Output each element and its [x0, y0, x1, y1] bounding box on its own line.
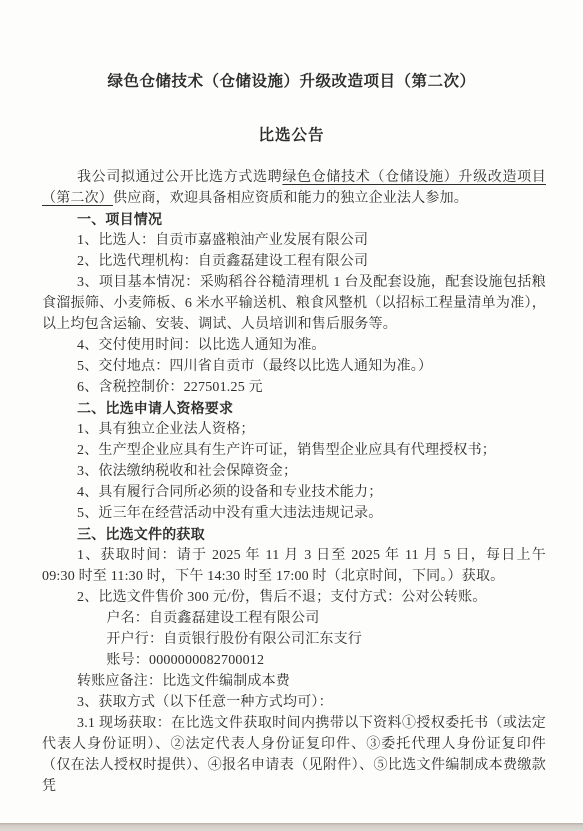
section-3-item-1: 1、获取时间：请于 2025 年 11 月 3 日至 2025 年 11 月 5… [42, 545, 546, 587]
bank-branch-line: 开户行：自贡银行股份有限公司汇东支行 [42, 629, 546, 650]
section-2-item-2: 2、生产型企业应具有生产许可证，销售型企业应具有代理授权书； [42, 440, 546, 461]
section-2-item-1: 1、具有独立企业法人资格； [42, 419, 546, 440]
document-subtitle: 比选公告 [0, 125, 583, 146]
section-1-item-1: 1、比选人：自贡市嘉盛粮油产业发展有限公司 [42, 230, 546, 251]
transfer-note-line: 转账应备注：比选文件编制成本费 [42, 671, 546, 692]
section-1-item-6: 6、含税控制价：227501.25 元 [42, 377, 546, 398]
section-3-item-3-1: 3.1 现场获取：在比选文件获取时间内携带以下资料①授权委托书（或法定代表人身份… [42, 713, 546, 797]
document-page: 绿色仓储技术（仓储设施）升级改造项目（第二次） 比选公告 我公司拟通过公开比选方… [0, 0, 583, 831]
bank-account-name-line: 户名：自贡鑫磊建设工程有限公司 [42, 608, 546, 629]
section-3-item-2: 2、比选文件售价 300 元/份，售后不退；支付方式：公对公转账。 [42, 587, 546, 608]
section-1-item-5: 5、交付地点：四川省自贡市（最终以比选人通知为准。） [42, 356, 546, 377]
section-1-item-3: 3、项目基本情况：采购稻谷谷糙清理机 1 台及配套设施，配套设施包括粮食溜振筛、… [42, 272, 546, 335]
section-3-item-3: 3、获取方式（以下任意一种方式均可）： [42, 692, 546, 713]
section-1-item-4: 4、交付使用时间：以比选人通知为准。 [42, 335, 546, 356]
section-3-heading: 三、比选文件的获取 [42, 524, 546, 545]
section-2-item-3: 3、依法缴纳税收和社会保障资金； [42, 461, 546, 482]
intro-prefix-text: 我公司拟通过公开比选方式选聘 [77, 170, 282, 185]
section-1-heading: 一、项目情况 [42, 209, 546, 230]
section-1-item-2: 2、比选代理机构：自贡鑫磊建设工程有限公司 [42, 251, 546, 272]
document-body: 我公司拟通过公开比选方式选聘绿色仓储技术（仓储设施）升级改造项目（第二次）供应商… [0, 167, 583, 797]
section-2-heading: 二、比选申请人资格要求 [42, 398, 546, 419]
bank-account-number-line: 账号：0000000082700012 [42, 650, 546, 671]
section-2-item-4: 4、具有履行合同所必须的设备和专业技术能力； [42, 482, 546, 503]
section-2-item-5: 5、近三年在经营活动中没有重大违法违规记录。 [42, 503, 546, 524]
intro-suffix-text: 供应商，欢迎具备相应资质和能力的独立企业法人参加。 [113, 191, 468, 206]
intro-paragraph: 我公司拟通过公开比选方式选聘绿色仓储技术（仓储设施）升级改造项目（第二次）供应商… [42, 167, 546, 209]
document-title: 绿色仓储技术（仓储设施）升级改造项目（第二次） [0, 71, 583, 92]
page-bottom-scan-edge [0, 823, 583, 831]
